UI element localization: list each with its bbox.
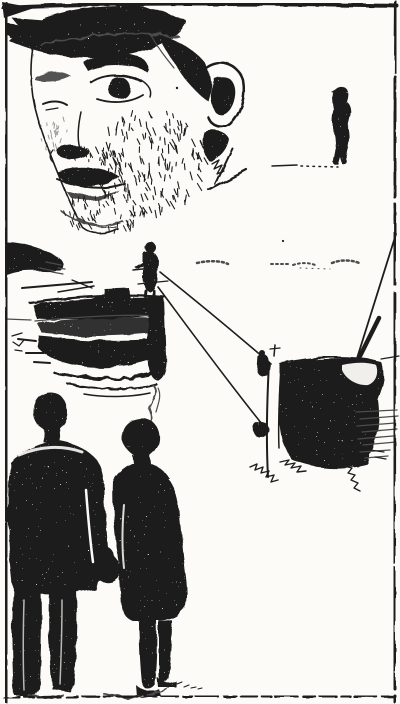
- frame-left: [5, 4, 7, 701]
- illustration-canvas: [0, 0, 400, 704]
- cheek-dot: [176, 87, 178, 89]
- bow-small-mast: [274, 345, 275, 356]
- mooring-post: [148, 297, 166, 380]
- ink-sketch: [0, 0, 400, 704]
- rowboat-cabin-box: [105, 288, 130, 302]
- ground-dash: [272, 165, 297, 166]
- right-eye-iris: [108, 77, 130, 99]
- sky-speck: [282, 240, 284, 242]
